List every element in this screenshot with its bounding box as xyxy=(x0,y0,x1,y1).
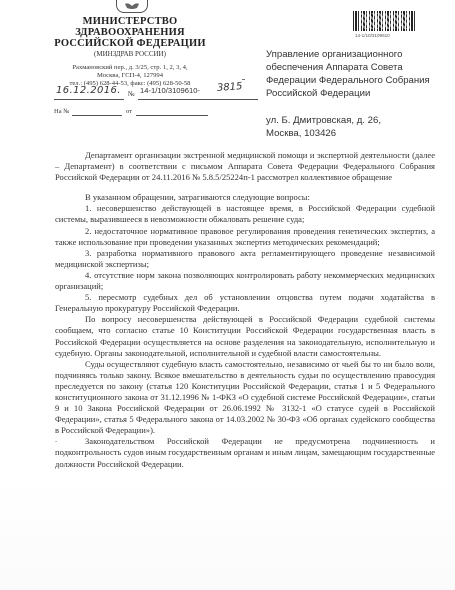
reference-number-blank xyxy=(72,115,122,116)
recipient-line-4: Российской Федерации xyxy=(266,87,451,100)
registration-number-handwritten: 3815 xyxy=(217,81,243,94)
address-line-1: Рахмановский пер., д. 3/25, стр. 1, 2, 3… xyxy=(40,64,220,72)
recipient-address-line-2: Москва, 103426 xyxy=(266,127,451,140)
question-4: 4. отсутствие норм закона позволяющих ко… xyxy=(55,270,435,292)
paragraph-legislation: Законодательством Российской Федерации н… xyxy=(55,436,435,469)
reference-line: На № от xyxy=(54,106,214,118)
date-underline xyxy=(54,99,124,100)
recipient-line-1: Управление организационного xyxy=(266,48,451,61)
number-label: № xyxy=(128,90,135,98)
scan-shadow xyxy=(0,480,455,590)
recipient-block: Управление организационного обеспечения … xyxy=(266,48,451,140)
letterhead: МИНИСТЕРСТВО ЗДРАВООХРАНЕНИЯ РОССИЙСКОЙ … xyxy=(40,16,220,89)
question-3: 3. разработка нормативного правового акт… xyxy=(55,248,435,270)
eagle-icon xyxy=(123,2,141,11)
registration-line: 16.12.2016. № 14-1/10/3109610- 3815 xyxy=(54,85,209,101)
reference-from-label: от xyxy=(126,108,132,115)
letter-body: Департамент организации экстренной медиц… xyxy=(55,150,435,470)
recipient-line-2: обеспечения Аппарата Совета xyxy=(266,61,451,74)
ministry-name-line-3: РОССИЙСКОЙ ФЕДЕРАЦИИ xyxy=(40,38,220,49)
questions-intro: В указанном обращении, затрагиваются сле… xyxy=(55,192,435,203)
emblem-icon xyxy=(116,0,148,13)
reference-date-blank xyxy=(136,115,208,116)
recipient-address-line-1: ул. Б. Дмитровская, д. 26, xyxy=(266,114,451,127)
recipient-line-3: Федерации Федерального Собрания xyxy=(266,74,451,87)
fold-mark xyxy=(242,79,245,80)
ministry-name-line-1: МИНИСТЕРСТВО xyxy=(40,16,220,27)
question-5: 5. пересмотр судебных дел об установлени… xyxy=(55,292,435,314)
question-1: 1. несовершенство действующей в настояще… xyxy=(55,203,435,225)
number-underline xyxy=(138,99,258,100)
ministry-name-line-2: ЗДРАВООХРАНЕНИЯ xyxy=(40,27,220,38)
question-2: 2. недостаточное нормативное правовое ре… xyxy=(55,226,435,248)
registration-date: 16.12.2016. xyxy=(56,85,121,96)
address-line-2: Москва, ГСП-4, 127994 xyxy=(40,72,220,80)
paragraph-judicial-system: По вопросу несовершенства действующей в … xyxy=(55,314,435,358)
recipient-address: ул. Б. Дмитровская, д. 26, Москва, 10342… xyxy=(266,114,451,140)
reference-label: На № xyxy=(54,108,69,115)
barcode-icon xyxy=(353,11,417,31)
paragraph-courts-independence: Суды осуществляют судебную власть самост… xyxy=(55,359,435,437)
barcode-text: 14-1/10/3109610 xyxy=(355,33,390,38)
registration-number: 14-1/10/3109610- xyxy=(140,86,200,95)
ministry-abbreviation: (МИНЗДРАВ РОССИИ) xyxy=(40,50,220,59)
intro-paragraph: Департамент организации экстренной медиц… xyxy=(55,150,435,183)
